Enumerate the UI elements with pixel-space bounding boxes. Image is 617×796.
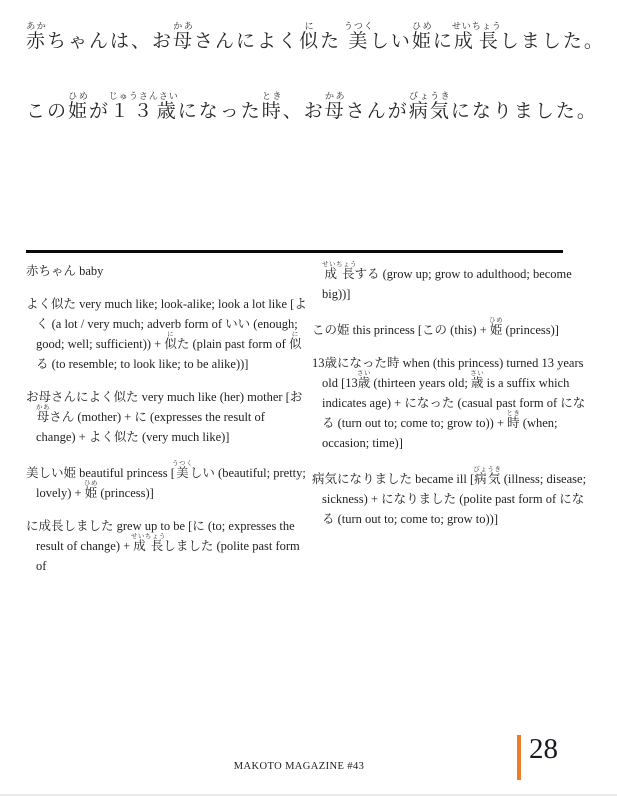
vocab-column-left: 赤ちゃん babyよく似た very much like; look-alike… — [26, 261, 307, 589]
magazine-page: 赤あかちゃんは、お母かあさんによく似にた 美うつくしい姫ひめに成長せいちょうしま… — [0, 0, 617, 589]
magazine-title: MAKOTO MAGAZINE #43 — [234, 761, 364, 772]
page-number: 28 — [529, 732, 558, 767]
vocab-column-right: 成長せいちょうする (grow up; grow to adulthood; b… — [312, 261, 593, 589]
vocab-entry: 成長せいちょうする (grow up; grow to adulthood; b… — [312, 261, 593, 304]
story-line-2: この姫ひめが１３歳じゅうさんさいになった時とき、お母かあさんが病気びょうきになり… — [26, 86, 591, 122]
vocab-section: 赤ちゃん babyよく似た very much like; look-alike… — [0, 261, 617, 589]
section-divider — [26, 250, 563, 253]
story-section: 赤あかちゃんは、お母かあさんによく似にた 美うつくしい姫ひめに成長せいちょうしま… — [0, 0, 617, 122]
page-number-accent-bar — [517, 735, 521, 780]
vocab-entry: この姫 this princess [この (this) + 姫ひめ (prin… — [312, 317, 593, 340]
vocab-entry: 赤ちゃん baby — [26, 261, 307, 281]
vocab-entry: 美しい姫 beautiful princess [美うつくしい (beautif… — [26, 460, 307, 503]
vocab-entry: に成長しました grew up to be [に (to; expresses … — [26, 516, 307, 576]
vocab-entry: 病気になりました became ill [病気びょうき (illness; di… — [312, 466, 593, 529]
vocab-entry: よく似た very much like; look-alike; look a … — [26, 294, 307, 374]
vocab-entry: お母さんによく似た very much like (her) mother [お… — [26, 387, 307, 447]
story-line-1: 赤あかちゃんは、お母かあさんによく似にた 美うつくしい姫ひめに成長せいちょうしま… — [26, 16, 591, 52]
vocab-entry: 13歳になった時 when (this princess) turned 13 … — [312, 353, 593, 453]
